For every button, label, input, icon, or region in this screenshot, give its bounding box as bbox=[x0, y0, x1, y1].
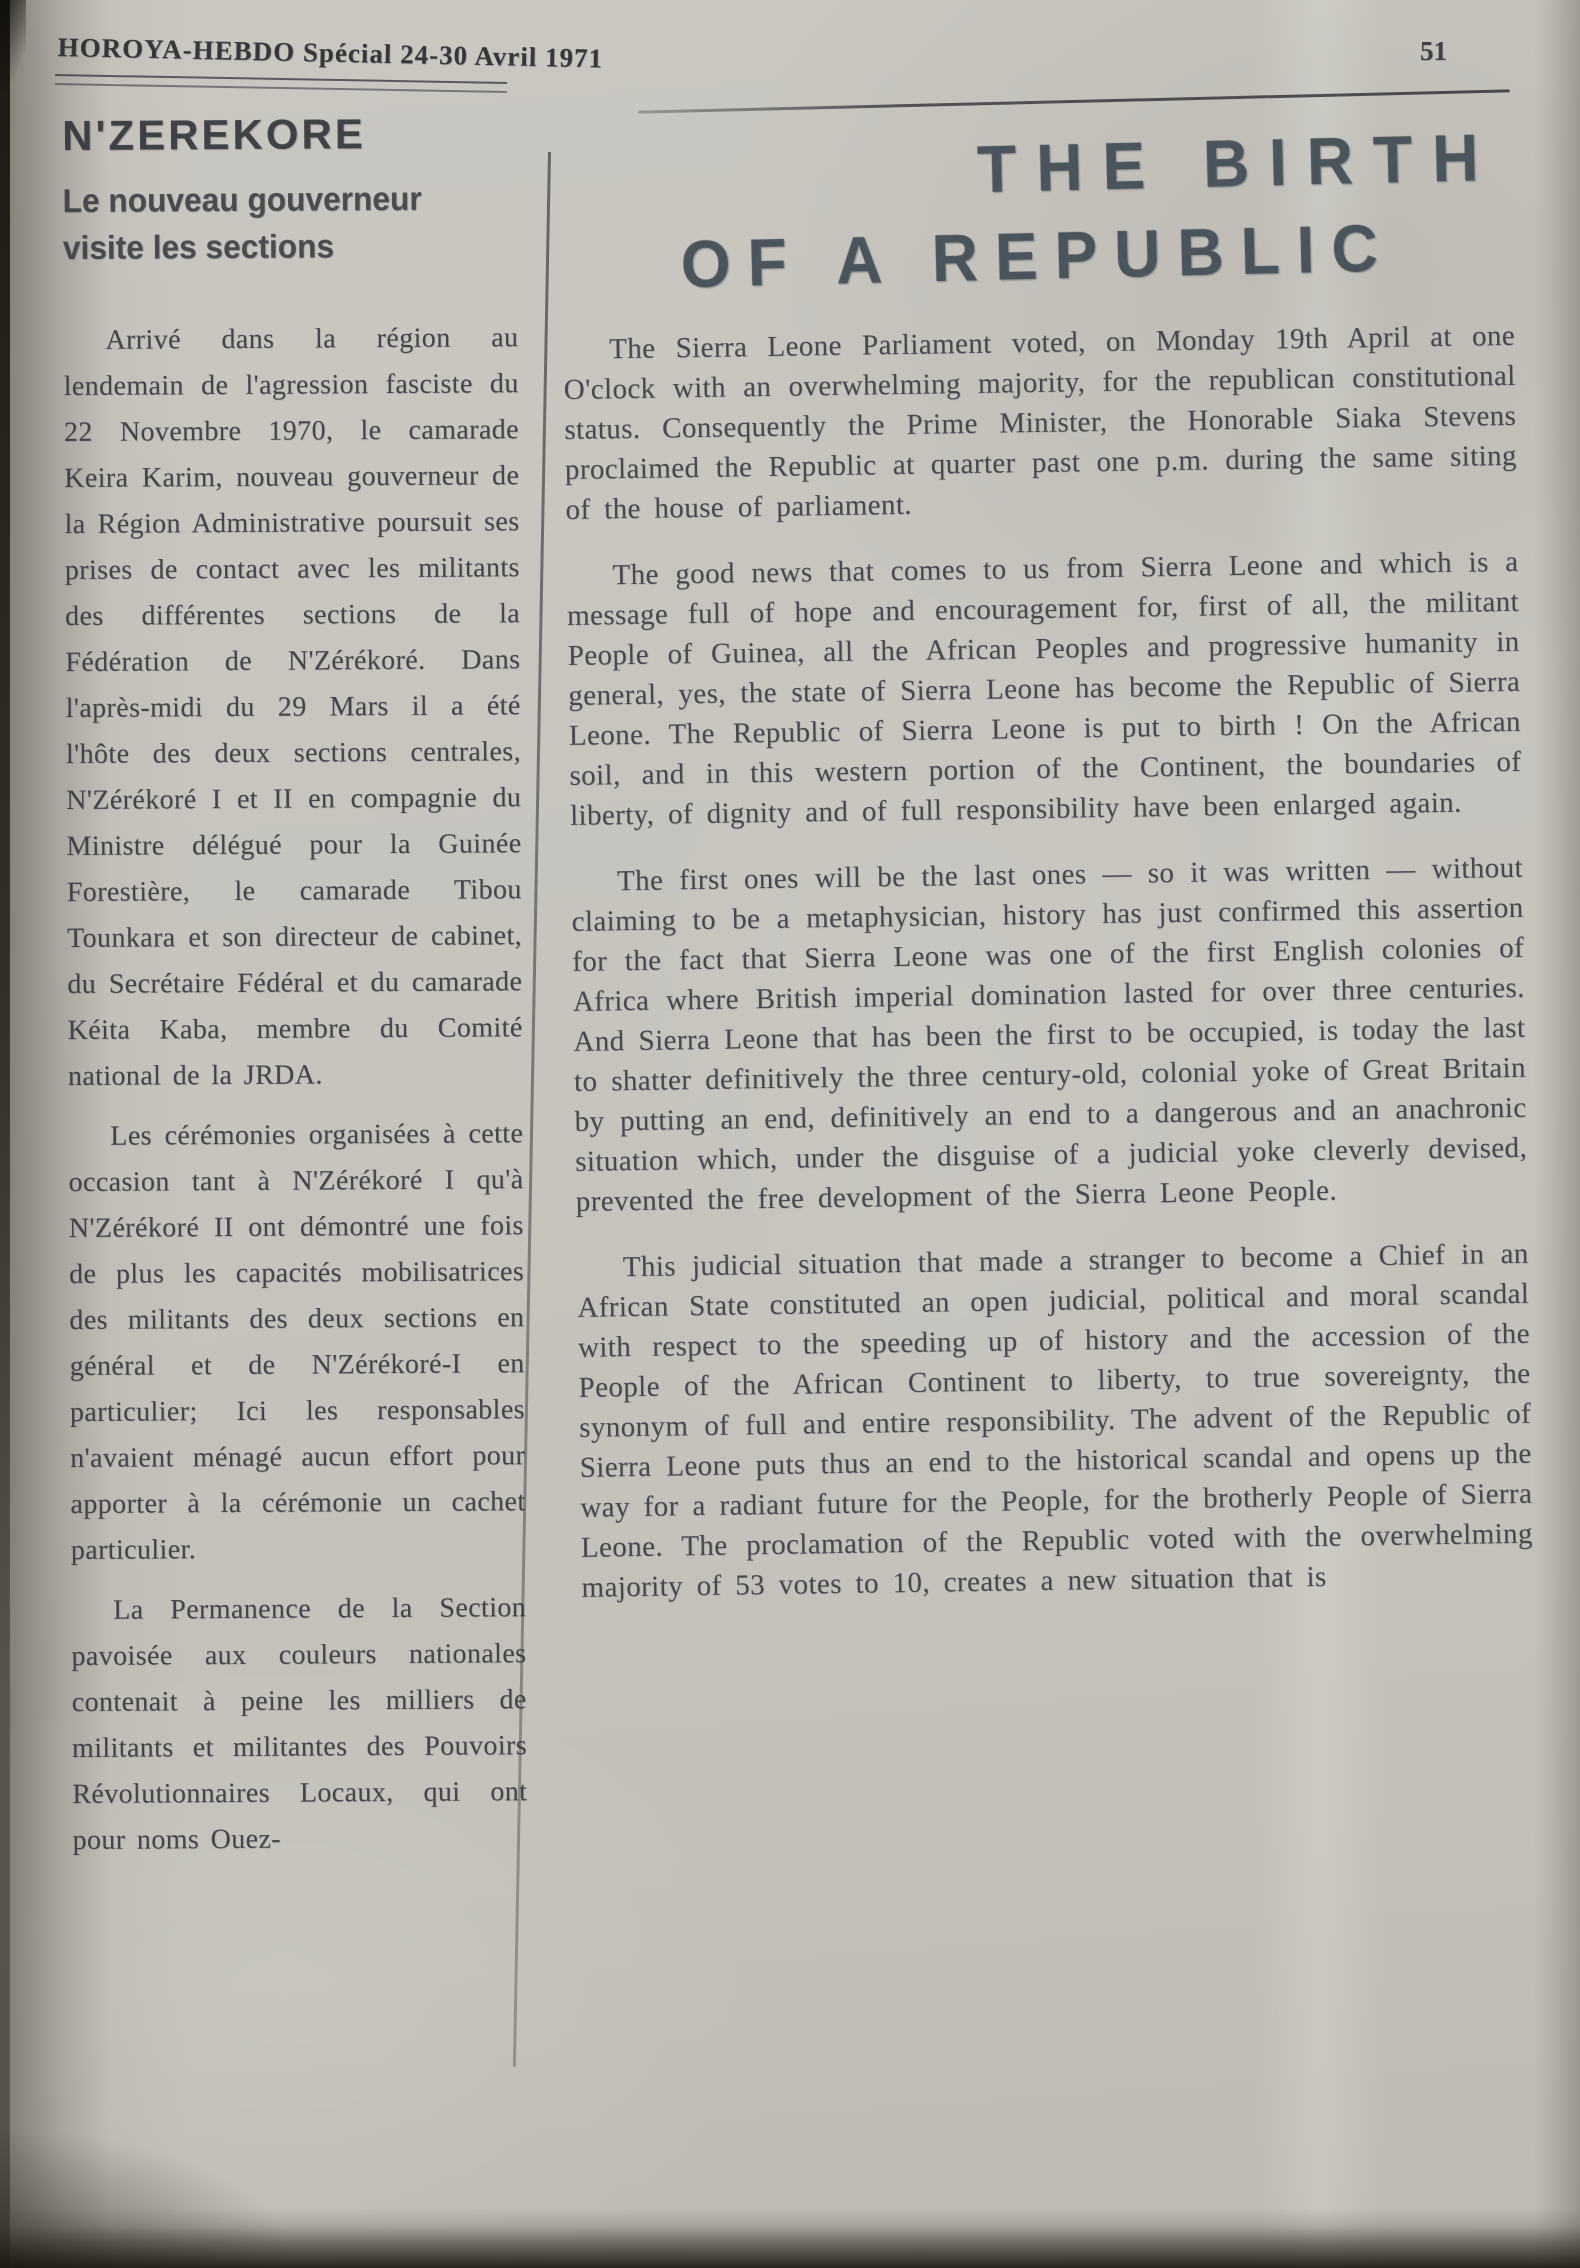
scan-edge-bottom bbox=[0, 2208, 1580, 2268]
scan-corner-top-left bbox=[0, 0, 26, 90]
masthead: HOROYA-HEBDO Spécial 24-30 Avril 1971 bbox=[57, 32, 603, 74]
english-paragraph: The Sierra Leone Parliament voted, on Mo… bbox=[563, 316, 1518, 530]
kicker-nzerekore: N'ZEREKORE bbox=[62, 109, 517, 160]
french-headline: Le nouveau gouverneur visite les section… bbox=[62, 176, 466, 272]
page-number: 51 bbox=[1420, 36, 1447, 67]
left-column: N'ZEREKORE Le nouveau gouverneur visite … bbox=[62, 109, 528, 1877]
french-paragraph: Les cérémonies organisées à cette occasi… bbox=[68, 1111, 526, 1574]
english-paragraph: The first ones will be the last ones — s… bbox=[571, 848, 1528, 1222]
french-article-body: Arrivé dans la région au lendemain de l'… bbox=[63, 315, 527, 1864]
scan-shadow-right bbox=[1534, 0, 1580, 2268]
english-article-body: The Sierra Leone Parliament voted, on Mo… bbox=[563, 316, 1534, 1608]
english-paragraph: The good news that comes to us from Sier… bbox=[566, 542, 1522, 836]
article-title-line-1: THE BIRTH bbox=[560, 118, 1514, 217]
french-paragraph: Arrivé dans la région au lendemain de l'… bbox=[63, 315, 523, 1100]
french-paragraph: La Permanence de la Section pavoisée aux… bbox=[71, 1585, 528, 1864]
scan-edge-left bbox=[0, 0, 10, 2268]
english-paragraph: This judicial situation that made a stra… bbox=[576, 1234, 1533, 1608]
masthead-double-rule bbox=[55, 74, 507, 93]
article-title-line-2: OF A REPUBLIC bbox=[561, 206, 1515, 305]
right-column: THE BIRTH OF A REPUBLIC The Sierra Leone… bbox=[560, 124, 1534, 1634]
